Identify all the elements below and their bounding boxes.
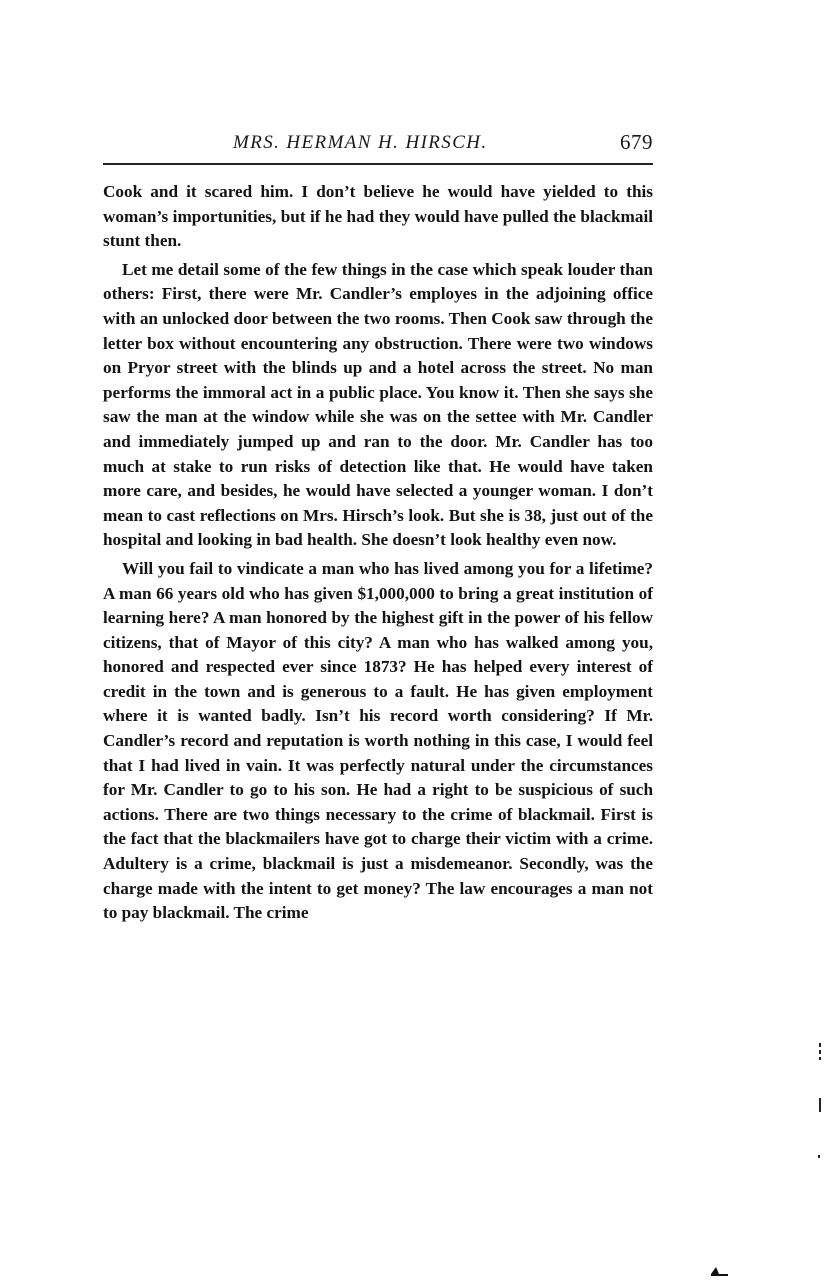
- paragraph-3: Will you fail to vindicate a man who has…: [103, 557, 653, 926]
- scan-corner-mark-base: [711, 1274, 728, 1276]
- body-text: Cook and it scared him. I don’t believe …: [103, 180, 653, 926]
- running-title: MRS. HERMAN H. HIRSCH.: [233, 132, 488, 154]
- page-number: 679: [620, 130, 653, 155]
- paragraph-1: Cook and it scared him. I don’t believe …: [103, 180, 653, 254]
- header-rule: [103, 163, 653, 165]
- scan-artifact: [818, 1155, 820, 1158]
- scan-artifact: [819, 1098, 821, 1112]
- running-head: MRS. HERMAN H. HIRSCH. 679: [103, 128, 653, 158]
- book-page: MRS. HERMAN H. HIRSCH. 679 Cook and it s…: [103, 128, 653, 158]
- scan-corner-mark-icon: [711, 1267, 719, 1274]
- scan-artifact: [819, 1043, 821, 1047]
- paragraph-2: Let me detail some of the few things in …: [103, 258, 653, 553]
- scan-artifact: [819, 1050, 821, 1054]
- scan-artifact: [819, 1057, 821, 1060]
